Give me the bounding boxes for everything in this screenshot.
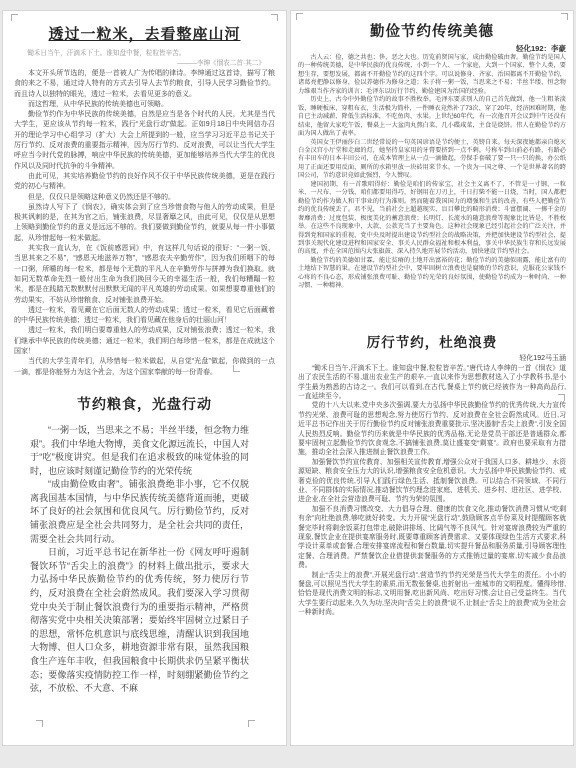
document-viewer: 透过一粒米，去看整座山河 锄禾日当午，汗滴禾下土。谁知盘中餐，粒粒皆辛苦。 ——… <box>0 0 576 768</box>
paragraph: 透过一粒米，看见藏在它后面无数人的劳动成果；透过一粒米，看见它后面藏着的中华民族… <box>14 306 275 327</box>
text-boundary-mark <box>11 14 18 21</box>
paragraph: 日前，习近平总书记在新华社一份《网友呼吁遏制餐饮环节“舌尖上的浪费”》的材料上做… <box>30 546 249 696</box>
article-title: 厉行节约，杜绝浪费 <box>298 331 566 351</box>
article-body: “一粥一饭，当思来之不易；半丝半缕，恒念物力维艰”。我们中华地大物博，美食文化源… <box>30 424 249 696</box>
article-title: 透过一粒米，去看整座山河 <box>14 23 275 44</box>
poem-attribution: ———李绅《悯农二首·其二》 <box>14 59 275 69</box>
paragraph: 古人云：俭，德之共也；侈，恶之大也。历览前贤国与家，成由勤俭破由奢。勤俭节约是国… <box>298 54 566 96</box>
text-boundary-mark <box>561 13 568 20</box>
article-rice-mountains: 透过一粒米，去看整座山河 锄禾日当午，汗滴禾下土。谁知盘中餐，粒粒皆辛苦。 ——… <box>3 23 286 378</box>
text-boundary-mark <box>36 720 43 727</box>
article-body: “锄禾日当午,汗滴禾下土。谁知盘中餐,粒粒皆辛苦。”唐代诗人李绅的一首《悯农》道… <box>298 364 566 618</box>
paragraph: 勤俭节约作为中华民族的传统美德，自然是应当是各个时代的人民，尤其是当代大学生，更… <box>14 110 275 172</box>
paragraph: “成由勤俭败由奢”。铺张浪费绝非小事，它不仅脱离我国基本国情，与中华民族传统美德… <box>30 478 249 546</box>
paragraph: 加强不良消费习惯改变、大力倡导合理、健康的饮食文化,推动餐饮消费习惯从“吃剩有余… <box>298 505 566 571</box>
paragraph: 制止“舌尖上的浪费”,开展光盘行动”,营造节约节约光荣是当代大学生的责任。小小的… <box>298 571 566 618</box>
text-boundary-mark <box>233 365 240 372</box>
paragraph: 加强餐饮节约宣传教育、加强相关宣传教育,增强公众对于我国人口多、耕地少、水资源短… <box>298 458 566 505</box>
paragraph: “一粥一饭，当思来之不易；半丝半缕，恒念物力维艰”。我们中华地大物博，美食文化源… <box>30 424 249 478</box>
article-byline: 轻化192马玉涵 <box>298 354 566 364</box>
article-byline: 轻化192：李豪 <box>298 43 566 54</box>
text-boundary-mark <box>95 365 102 372</box>
paragraph: “锄禾日当午,汗滴禾下土。谁知盘中餐,粒粒皆辛苦。”唐代诗人李绅的一首《悯农》道… <box>298 364 566 402</box>
article-body: 古人云：俭，德之共也；侈，恶之大也。历览前贤国与家，成由勤俭破由奢。勤俭节约是国… <box>298 54 566 291</box>
paragraph: 英国女王伊丽莎白二世经常说的一句英国谚语是节约便士，英镑自来。每天深夜她都亲自熄… <box>298 139 566 181</box>
paragraph: 透过一粒米，我们明白要尊重他人的劳动成果，反对铺张浪费；透过一粒米，我们继承中华… <box>14 326 275 357</box>
page-left: 透过一粒米，去看整座山河 锄禾日当午，汗滴禾下土。谁知盘中餐，粒粒皆辛苦。 ——… <box>2 10 287 746</box>
paragraph: 勤俭节约的美德如甘霖，能让贫瘠的土地开出富裕的花；勤俭节约的美德似雨露，能让富有… <box>298 257 566 291</box>
text-boundary-mark <box>271 14 278 21</box>
paragraph: 建国初期，有一首歌唱得好：勤俭是咱们的传家宝，社会主义离不了，不管是一寸钢、一粒… <box>298 181 566 257</box>
article-title: 节约粮食，光盘行动 <box>3 394 286 414</box>
page-right: 勤俭节约传统美德 轻化192：李豪 古人云：俭，德之共也；侈，恶之大也。历览前贤… <box>290 10 574 746</box>
article-thrift-virtue: 勤俭节约传统美德 轻化192：李豪 古人云：俭，德之共也；侈，恶之大也。历览前贤… <box>291 20 573 618</box>
text-boundary-mark <box>296 13 303 20</box>
article-save-food-clean-plate: 节约粮食，光盘行动 “一粥一饭，当思来之不易；半丝半缕，恒念物力维艰”。我们中华… <box>3 394 286 696</box>
paragraph: 由此可见，其实培养勤俭节约的良好作风不仅于中华民族传统美德，更是在践行党的初心与… <box>14 172 275 193</box>
paragraph: 本文开头所节选的，便是一首被人广为传唱的律诗。李绅通过这首诗，描写了粮食的来之不… <box>14 69 275 100</box>
paragraph: 虽然诗人写下了《悯农》，确实体会到了应当珍惜食物与他人的劳动成果，但是极其讽刺的… <box>14 203 275 244</box>
paragraph: 而这哲理，从中华民族的传统美德也可领略。 <box>14 100 275 110</box>
paragraph: 党的十八大以来,党中央多次强调,要大力弘扬中华民族勤俭节约的优秀传统,大力宣传节… <box>298 401 566 457</box>
paragraph: 其实我一直认为，在《饭前感恩词》中，有这样几句话说的很好：“一粥一饭，当思其来之… <box>14 244 275 306</box>
paragraph: 历史上，古今中外勤俭节约的故事不胜枚举。毛泽东要求别人的自己首先做到，他一生粗茶… <box>298 96 566 138</box>
poem-quote: 锄禾日当午，汗滴禾下土。谁知盘中餐，粒粒皆辛苦。 <box>14 49 275 59</box>
article-title: 勤俭节约传统美德 <box>298 20 566 41</box>
paragraph: 但是，仅仅只是领略这种意义仍然还是不够的。 <box>14 193 275 203</box>
text-boundary-mark <box>248 720 255 727</box>
page-background-gap <box>0 747 576 768</box>
text-boundary-mark <box>558 394 565 401</box>
